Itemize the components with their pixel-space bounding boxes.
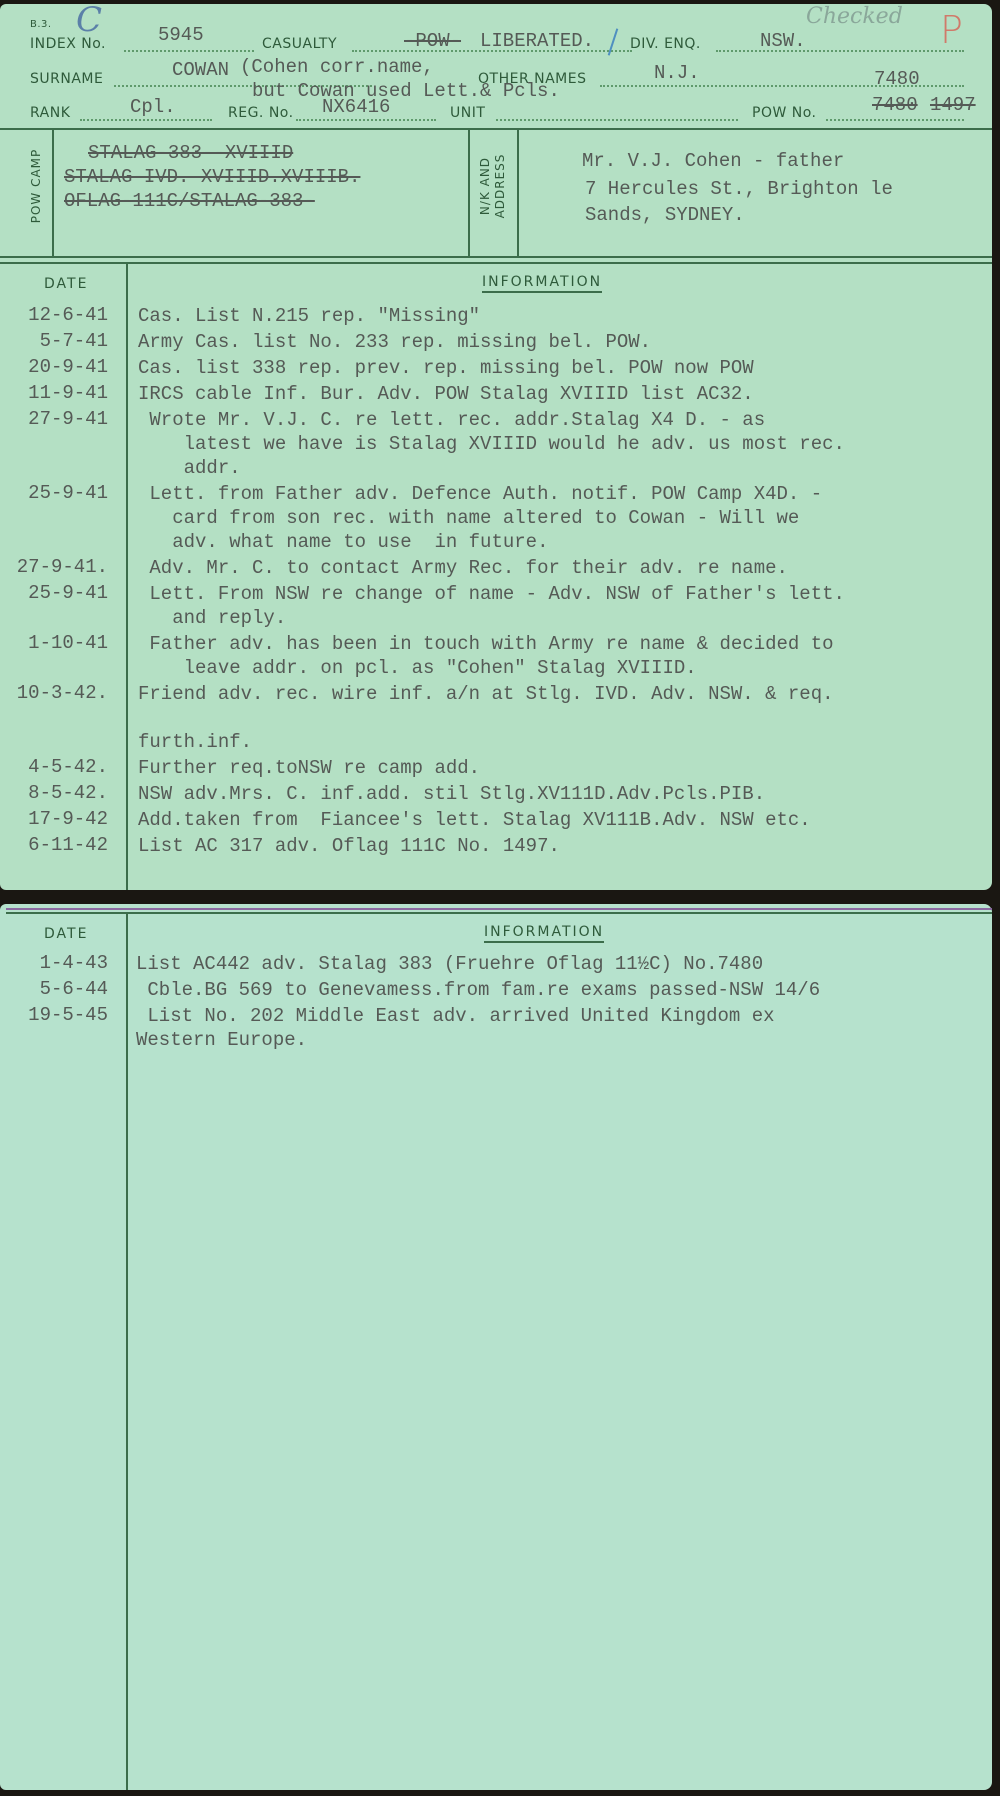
log-date: 1-10-41 <box>0 632 108 654</box>
information-column-header: INFORMATION <box>482 274 602 293</box>
date-column-header: DATE <box>44 926 88 942</box>
other-names-extra: 7480 <box>874 68 920 90</box>
log-date: 11-9-41 <box>0 382 108 404</box>
log-information: Cas. list 338 rep. prev. rep. missing be… <box>138 356 754 380</box>
log-date: 8-5-42. <box>0 782 108 804</box>
surname-label: SURNAME <box>30 71 103 87</box>
unit-dotted-line <box>496 119 738 121</box>
rank-dotted-line <box>80 119 212 121</box>
nok-label-left-divider <box>468 130 470 256</box>
nok-line: Sands, SYDNEY. <box>585 204 745 226</box>
log-information: IRCS cable Inf. Bur. Adv. POW Stalag XVI… <box>138 382 754 406</box>
form-code: B.3. <box>30 19 52 30</box>
log-information: Cas. List N.215 rep. "Missing" <box>138 304 480 328</box>
log-information: List No. 202 Middle East adv. arrived Un… <box>136 1004 775 1052</box>
log-information: List AC442 adv. Stalag 383 (Fruehre Ofla… <box>136 952 763 976</box>
other-names-value: N.J. <box>654 62 700 84</box>
log-date: 12-6-41 <box>0 304 108 326</box>
index-handwritten-mark: C <box>76 0 102 40</box>
index-label: INDEX No. <box>30 36 106 52</box>
log-date: 5-6-44 <box>0 978 108 1000</box>
log-date: 19-5-45 <box>0 1004 108 1026</box>
log-date: 4-5-42. <box>0 756 108 778</box>
casualty-value: LIBERATED. <box>480 30 594 52</box>
checked-handwritten-note: Checked <box>806 4 903 29</box>
log-information: Lett. From NSW re change of name - Adv. … <box>138 582 845 630</box>
record-card-back: DATE INFORMATION 1-4-43List AC442 adv. S… <box>0 904 992 1790</box>
log-information: Further req.toNSW re camp add. <box>138 756 480 780</box>
rule-top-green <box>6 912 992 914</box>
information-column-header: INFORMATION <box>484 924 604 943</box>
casualty-struck-value: -POW- <box>404 30 461 52</box>
pow-no-value: 1497 <box>930 94 976 116</box>
index-dotted-line <box>124 50 254 52</box>
div-enq-dotted-line <box>716 50 964 52</box>
reg-no-dotted-line <box>296 119 436 121</box>
other-names-label: OTHER NAMES <box>478 71 586 87</box>
checked-initial: P <box>940 8 963 52</box>
log-information: List AC 317 adv. Oflag 111C No. 1497. <box>138 834 560 858</box>
log-date: 1-4-43 <box>0 952 108 974</box>
log-information: NSW adv.Mrs. C. inf.add. stil Stlg.XV111… <box>138 782 765 806</box>
pow-no-label: POW No. <box>752 105 817 121</box>
reg-no-value: NX6416 <box>322 96 390 118</box>
rule-above-log <box>0 256 992 258</box>
log-date: 25-9-41 <box>0 482 108 504</box>
index-value: 5945 <box>158 24 204 46</box>
reg-no-label: REG. No. <box>228 105 294 121</box>
log-date: 27-9-41. <box>0 556 108 578</box>
log-information: Add.taken from Fiancee's lett. Stalag XV… <box>138 808 811 832</box>
camp-label-divider <box>52 130 54 256</box>
log-date: 5-7-41 <box>0 330 108 352</box>
rank-label: RANK <box>30 105 70 121</box>
log-date: 17-9-42 <box>0 808 108 830</box>
nok-line: 7 Hercules St., Brighton le <box>585 178 893 200</box>
rule-above-log-double <box>0 262 992 264</box>
casualty-label: CASUALTY <box>262 36 337 52</box>
log-date: 25-9-41 <box>0 582 108 604</box>
pow-camp-entry: STALAG-383--XVIIID <box>88 142 293 164</box>
pow-no-struck-value: 7480 <box>872 94 918 116</box>
rank-value: Cpl. <box>130 96 176 118</box>
pow-camp-entry: OFLAG-111C/STALAG-383- <box>64 190 315 212</box>
rule-top-purple <box>6 908 992 910</box>
log-information: Wrote Mr. V.J. C. re lett. rec. addr.Sta… <box>138 408 845 480</box>
log-date: 27-9-41 <box>0 408 108 430</box>
log-date: 6-11-42 <box>0 834 108 856</box>
log-information: Father adv. has been in touch with Army … <box>138 632 834 680</box>
nok-line: Mr. V.J. Cohen - father <box>582 150 844 172</box>
log-date: 20-9-41 <box>0 356 108 378</box>
nok-address-label: N/K AND ADDRESS <box>478 136 508 236</box>
date-column-header: DATE <box>44 276 88 292</box>
log-information: Lett. from Father adv. Defence Auth. not… <box>138 482 822 554</box>
pow-camp-entry: STALAG-IVD. XVIIID.XVIIIB. <box>64 166 360 188</box>
surname-note-line1: (Cohen corr.name, <box>240 56 434 78</box>
pow-camp-label: POW CAMP <box>29 136 44 236</box>
surname-value: COWAN <box>172 59 229 81</box>
pow-no-dotted-line <box>826 119 964 121</box>
unit-label: UNIT <box>450 105 485 121</box>
log-date: 10-3-42. <box>0 682 108 704</box>
div-enq-value: NSW. <box>760 30 806 52</box>
log-information: Friend adv. rec. wire inf. a/n at Stlg. … <box>138 682 834 754</box>
date-column-divider <box>126 914 128 1790</box>
div-enq-label: DIV. ENQ. <box>630 36 701 52</box>
nok-label-right-divider <box>517 130 519 256</box>
log-information: Cble.BG 569 to Genevamess.from fam.re ex… <box>136 978 820 1002</box>
record-card-front: B.3. C INDEX No. 5945 CASUALTY -POW- LIB… <box>0 4 992 890</box>
log-information: Adv. Mr. C. to contact Army Rec. for the… <box>138 556 788 580</box>
date-column-divider <box>126 264 128 890</box>
rule-under-header <box>0 128 992 130</box>
log-information: Army Cas. list No. 233 rep. missing bel.… <box>138 330 651 354</box>
